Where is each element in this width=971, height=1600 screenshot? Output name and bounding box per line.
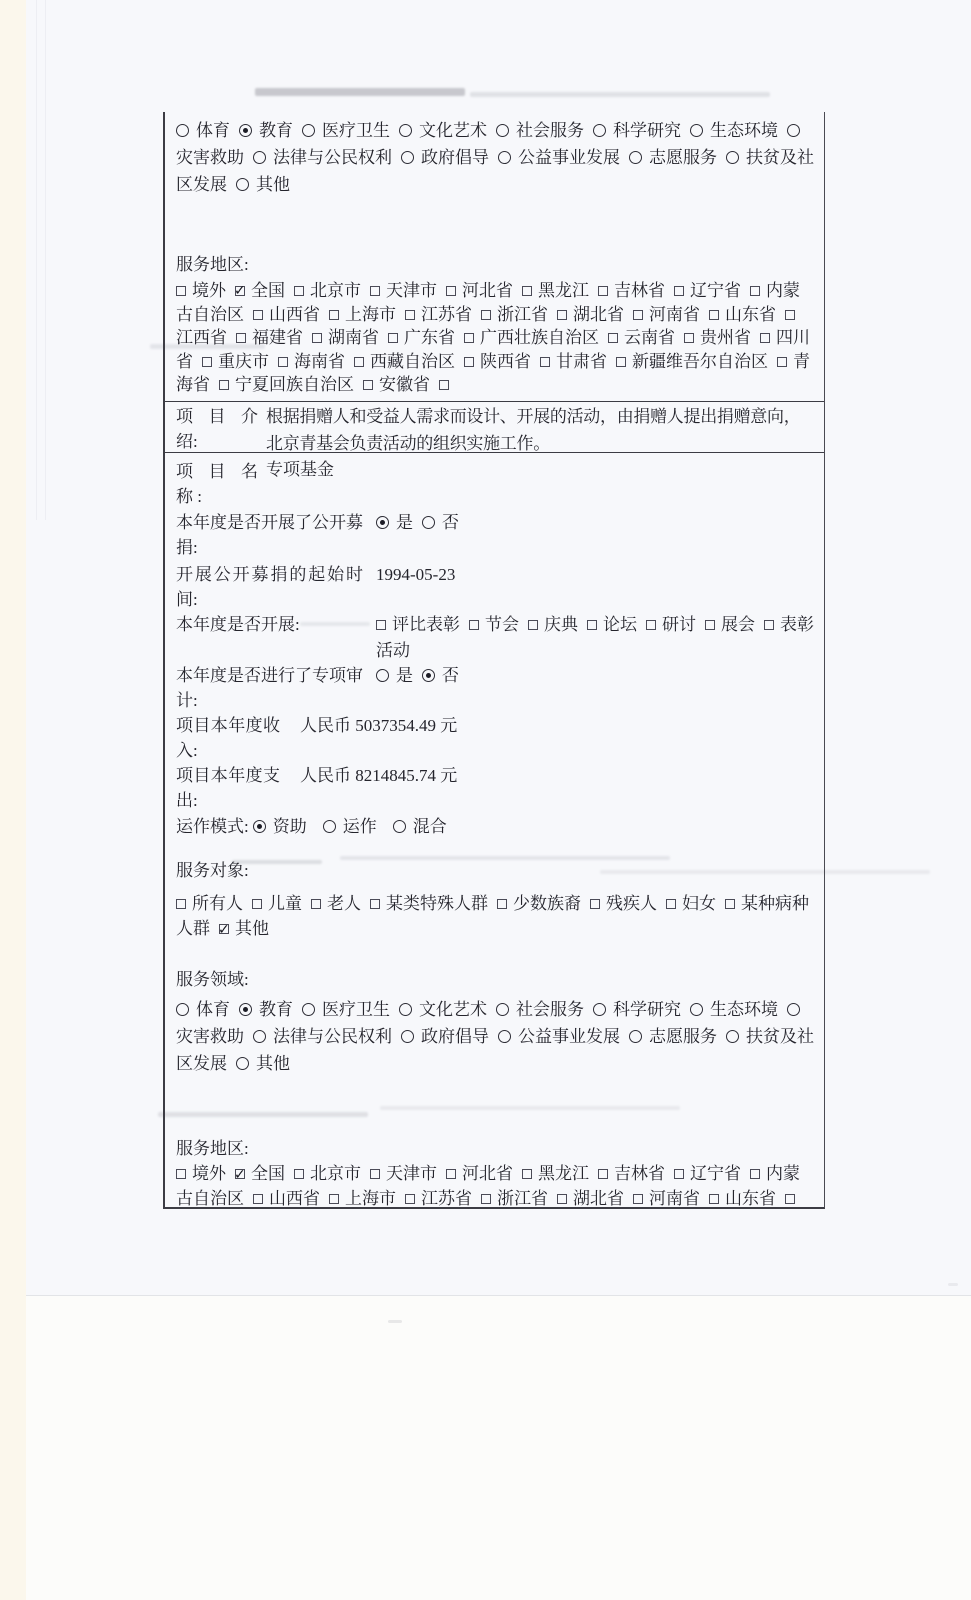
option-label: 湖南省 [328, 328, 379, 347]
option-label: 其他 [235, 919, 269, 938]
option-label: 贵州省 [700, 328, 751, 347]
checkbox-icon [202, 357, 212, 367]
checkbox-icon [522, 1169, 532, 1179]
checkbox-option-重庆市: 重庆市 [202, 352, 269, 371]
option-label: 否 [442, 513, 459, 532]
option-label: 政府倡导 [421, 148, 489, 167]
block-service-field: 服务领域: 体育教育医疗卫生文化艺术社会服务科学研究生态环境灾害救助法律与公民权… [176, 968, 816, 1077]
radio-icon [726, 1030, 739, 1043]
checkbox-option-江苏省: 江苏省 [405, 305, 472, 324]
radio-option-否: 否 [422, 666, 459, 685]
checkbox-icon [646, 620, 656, 630]
label-line: 称 : [176, 484, 258, 509]
checkbox-icon [587, 620, 597, 630]
checkbox-option-辽宁省: 辽宁省 [674, 1164, 741, 1183]
option-label: 文化艺术 [419, 121, 487, 140]
radio-option-社会服务: 社会服务 [496, 121, 584, 140]
radio-option-否: 否 [422, 513, 459, 532]
checkbox-option-吉林省: 吉林省 [598, 281, 665, 300]
checkbox-icon [405, 310, 415, 320]
checkbox-icon [705, 620, 715, 630]
radio-icon [393, 820, 406, 833]
option-label: 江苏省 [421, 305, 472, 324]
checkbox-option-全国: 全国 [235, 281, 285, 300]
checkbox-option-河南省: 河南省 [633, 305, 700, 324]
radio-icon [376, 669, 389, 682]
row-events-held: 本年度是否开展: 评比表彰节会庆典论坛研讨展会表彰活动 [176, 612, 816, 664]
option-label: 体育 [196, 1000, 230, 1019]
radio-icon [302, 124, 315, 137]
option-label: 法律与公民权利 [273, 148, 392, 167]
radio-option-是: 是 [376, 513, 413, 532]
fundraising-start-value: 1994-05-23 [376, 562, 455, 587]
option-label: 评比表彰 [392, 615, 460, 634]
radio-option-生态环境: 生态环境 [690, 121, 778, 140]
service-field-label: 服务领域: [176, 968, 816, 992]
option-label: 志愿服务 [649, 148, 717, 167]
radio-option-志愿服务: 志愿服务 [629, 148, 717, 167]
checkbox-icon [405, 1194, 415, 1204]
paper-fold-line [45, 0, 46, 520]
annual-expense-label: 项目本年度支 出: [176, 763, 280, 813]
radio-icon [690, 124, 703, 137]
label-line: 入: [176, 738, 280, 763]
option-label: 展会 [721, 615, 755, 634]
checkbox-icon [446, 286, 456, 296]
checkbox-option-境外: 境外 [176, 281, 226, 300]
label-line: 项目本年度收 [176, 713, 280, 738]
option-label: 庆典 [544, 615, 578, 634]
option-label: 辽宁省 [690, 1164, 741, 1183]
radio-selected-icon [239, 1003, 252, 1016]
option-label: 文化艺术 [419, 1000, 487, 1019]
label-line: 间: [176, 587, 363, 612]
checkbox-icon [608, 333, 618, 343]
radio-icon [253, 151, 266, 164]
checkbox-option-广西壮族自治区: 广西壮族自治区 [464, 328, 599, 347]
checkbox-option-上海市: 上海市 [329, 305, 396, 324]
checkbox-option-海南省: 海南省 [278, 352, 345, 371]
radio-icon [399, 124, 412, 137]
radio-icon [496, 124, 509, 137]
option-label: 社会服务 [516, 121, 584, 140]
radio-option-社会服务: 社会服务 [496, 1000, 584, 1019]
checkbox-icon [598, 1169, 608, 1179]
checkbox-icon [311, 899, 321, 909]
radio-icon [629, 151, 642, 164]
checkbox-icon [481, 310, 491, 320]
radio-option-医疗卫生: 医疗卫生 [302, 121, 390, 140]
checkbox-option-研讨: 研讨 [646, 615, 696, 634]
checkbox-icon [750, 1169, 760, 1179]
radio-icon [302, 1003, 315, 1016]
checkbox-checked-icon [235, 1169, 245, 1179]
option-label: 江苏省 [421, 1189, 472, 1207]
radio-option-法律与公民权利: 法律与公民权利 [253, 148, 392, 167]
option-label: 河南省 [649, 305, 700, 324]
option-label: 广西壮族自治区 [480, 328, 599, 347]
radio-option-混合: 混合 [393, 817, 447, 836]
option-label: 所有人 [192, 894, 243, 913]
option-label: 运作 [343, 817, 377, 836]
option-label: 公益事业发展 [518, 1027, 620, 1046]
scan-backing [26, 1295, 971, 1600]
checkbox-icon [785, 1194, 795, 1204]
radio-icon [629, 1030, 642, 1043]
radio-selected-icon [239, 124, 252, 137]
checkbox-option-广东省: 广东省 [388, 328, 455, 347]
project-intro-text: 根据捐赠人和受益人需求而设计、开展的活动，由捐赠人提出捐赠意向，北京青基会负责活… [266, 402, 816, 453]
label-line: 项目介 [176, 404, 258, 429]
radio-icon [253, 1030, 266, 1043]
option-label: 老人 [327, 894, 361, 913]
checkbox-icon [557, 310, 567, 320]
checkbox-option-老人: 老人 [311, 894, 361, 913]
checkbox-option-河北省: 河北省 [446, 281, 513, 300]
form-table: 体育教育医疗卫生文化艺术社会服务科学研究生态环境灾害救助法律与公民权利政府倡导公… [163, 112, 825, 1209]
option-label: 科学研究 [613, 121, 681, 140]
option-label: 境外 [192, 1164, 226, 1183]
annual-income-value: 人民币 5037354.49 元 [300, 713, 457, 738]
scan-edge-strip [0, 0, 26, 1600]
option-label: 海南省 [294, 352, 345, 371]
checkbox-option-山东省: 山东省 [709, 1189, 776, 1207]
radio-icon [401, 151, 414, 164]
option-label: 上海市 [345, 1189, 396, 1207]
checkbox-icon [497, 899, 507, 909]
project-intro-label: 项目介 绍: [176, 402, 258, 453]
checkbox-option-河北省: 河北省 [446, 1164, 513, 1183]
option-label: 吉林省 [614, 281, 665, 300]
checkbox-option-境外: 境外 [176, 1164, 226, 1183]
radio-option-公益事业发展: 公益事业发展 [498, 148, 620, 167]
block-service-target: 服务对象: 所有人儿童老人某类特殊人群少数族裔残疾人妇女某种病种人群其他 [176, 859, 816, 941]
checkbox-icon [709, 310, 719, 320]
checkbox-icon [633, 310, 643, 320]
option-label: 法律与公民权利 [273, 1027, 392, 1046]
option-label: 妇女 [682, 894, 716, 913]
checkbox-icon [464, 333, 474, 343]
special-audit-options: 是否 [376, 663, 459, 688]
checkbox-option-论坛: 论坛 [587, 615, 637, 634]
option-label: 西藏自治区 [370, 352, 455, 371]
radio-icon [236, 178, 249, 191]
service-target-label: 服务对象: [176, 859, 816, 883]
radio-option-文化艺术: 文化艺术 [399, 1000, 487, 1019]
row-project-name: 项目名 称 : 专项基金 [176, 457, 816, 509]
row-fundraising-start: 开展公开募捐的起始时 间: 1994-05-23 [176, 562, 816, 612]
option-label: 资助 [273, 817, 307, 836]
label-line: 出: [176, 788, 280, 813]
option-label: 天津市 [386, 281, 437, 300]
service-region-label: 服务地区: [176, 253, 816, 277]
checkbox-icon [709, 1194, 719, 1204]
radio-option-医疗卫生: 医疗卫生 [302, 1000, 390, 1019]
option-label: 甘肃省 [556, 352, 607, 371]
checkbox-option-云南省: 云南省 [608, 328, 675, 347]
checkbox-icon [557, 1194, 567, 1204]
option-label: 生态环境 [710, 1000, 778, 1019]
row-annual-income: 项目本年度收 入: 人民币 5037354.49 元 [176, 713, 816, 763]
checkbox-icon [312, 333, 322, 343]
option-label: 体育 [196, 121, 230, 140]
radio-icon [496, 1003, 509, 1016]
checkbox-icon [725, 899, 735, 909]
checkbox-option-浙江省: 浙江省 [481, 305, 548, 324]
option-label: 浙江省 [497, 1189, 548, 1207]
checkbox-option-黑龙江: 黑龙江 [522, 281, 589, 300]
radio-option-体育: 体育 [176, 1000, 230, 1019]
checkbox-icon [750, 286, 760, 296]
checkbox-option-吉林省: 吉林省 [598, 1164, 665, 1183]
radio-option-教育: 教育 [239, 1000, 293, 1019]
checkbox-option-所有人: 所有人 [176, 894, 243, 913]
radio-option-政府倡导: 政府倡导 [401, 148, 489, 167]
option-label: 某类特殊人群 [386, 894, 488, 913]
checkbox-icon [354, 357, 364, 367]
radio-icon [498, 151, 511, 164]
checkbox-option-其他: 其他 [219, 919, 269, 938]
radio-icon [176, 1003, 189, 1016]
checkbox-option-山西省: 山西省 [253, 305, 320, 324]
label-line: 计: [176, 688, 363, 713]
radio-icon [690, 1003, 703, 1016]
radio-option-公益事业发展: 公益事业发展 [498, 1027, 620, 1046]
checkbox-option-江苏省: 江苏省 [405, 1189, 472, 1207]
checkbox-icon [684, 333, 694, 343]
checkbox-icon [370, 899, 380, 909]
option-label: 医疗卫生 [322, 121, 390, 140]
checkbox-option-节会: 节会 [469, 615, 519, 634]
option-label: 其他 [256, 175, 290, 194]
checkbox-icon [522, 286, 532, 296]
option-label: 广东省 [404, 328, 455, 347]
checkbox-option-儿童: 儿童 [252, 894, 302, 913]
checkbox-icon [446, 1169, 456, 1179]
radio-icon [399, 1003, 412, 1016]
option-label: 吉林省 [614, 1164, 665, 1183]
checkbox-option-庆典: 庆典 [528, 615, 578, 634]
checkbox-icon [176, 899, 186, 909]
option-label: 科学研究 [613, 1000, 681, 1019]
checkbox-option-辽宁省: 辽宁省 [674, 281, 741, 300]
radio-option-其他: 其他 [236, 1054, 290, 1073]
option-label: 北京市 [310, 281, 361, 300]
option-label: 混合 [413, 817, 447, 836]
public-fundraising-options: 是否 [376, 510, 459, 535]
checkbox-option-湖北省: 湖北省 [557, 305, 624, 324]
option-label: 生态环境 [710, 121, 778, 140]
radio-option-志愿服务: 志愿服务 [629, 1027, 717, 1046]
checkbox-icon [590, 899, 600, 909]
option-label: 山西省 [269, 305, 320, 324]
option-label: 节会 [485, 615, 519, 634]
radio-icon [593, 124, 606, 137]
block-service-region: 服务地区: 境外全国北京市天津市河北省黑龙江吉林省辽宁省内蒙古自治区山西省上海市… [176, 1137, 816, 1207]
radio-icon [498, 1030, 511, 1043]
checkbox-icon [469, 620, 479, 630]
checkbox-option-贵州省: 贵州省 [684, 328, 751, 347]
option-label: 浙江省 [497, 305, 548, 324]
radio-option-法律与公民权利: 法律与公民权利 [253, 1027, 392, 1046]
radio-option-体育: 体育 [176, 121, 230, 140]
option-label: 河北省 [462, 281, 513, 300]
checkbox-icon [363, 380, 373, 390]
option-label: 全国 [251, 281, 285, 300]
radio-icon [726, 151, 739, 164]
option-label: 上海市 [345, 305, 396, 324]
checkbox-icon [464, 357, 474, 367]
option-label: 政府倡导 [421, 1027, 489, 1046]
option-label: 新疆维吾尔自治区 [632, 352, 768, 371]
checkbox-option-展会: 展会 [705, 615, 755, 634]
option-label: 残疾人 [606, 894, 657, 913]
row-special-audit: 本年度是否进行了专项审 计: 是否 [176, 663, 816, 713]
operation-mode-label: 运作模式: [176, 814, 249, 840]
option-label: 否 [442, 666, 459, 685]
radio-option-其他: 其他 [236, 175, 290, 194]
option-label: 湖北省 [573, 305, 624, 324]
checkbox-icon [253, 1194, 263, 1204]
option-label: 研讨 [662, 615, 696, 634]
checkbox-icon [674, 286, 684, 296]
checkbox-option-甘肃省: 甘肃省 [540, 352, 607, 371]
checkbox-icon [439, 380, 449, 390]
fundraising-start-label: 开展公开募捐的起始时 间: [176, 562, 363, 612]
service-region-options-continued: 境外全国北京市天津市河北省黑龙江吉林省辽宁省内蒙古自治区山西省上海市江苏省浙江省… [176, 279, 816, 397]
label-line: 本年度是否开展了公开募 [176, 510, 363, 535]
radio-option-科学研究: 科学研究 [593, 1000, 681, 1019]
option-label: 天津市 [386, 1164, 437, 1183]
checkbox-icon [760, 333, 770, 343]
checkbox-option-湖南省: 湖南省 [312, 328, 379, 347]
radio-icon [236, 1057, 249, 1070]
checkbox-icon [253, 310, 263, 320]
checkbox-icon [598, 286, 608, 296]
radio-option-政府倡导: 政府倡导 [401, 1027, 489, 1046]
option-label: 山东省 [725, 1189, 776, 1207]
option-label: 北京市 [310, 1164, 361, 1183]
radio-option-教育: 教育 [239, 121, 293, 140]
project-name-label: 项目名 称 : [176, 457, 258, 509]
checkbox-option-残疾人: 残疾人 [590, 894, 657, 913]
row-public-fundraising: 本年度是否开展了公开募 捐: 是否 [176, 510, 816, 560]
service-target-options: 所有人儿童老人某类特殊人群少数族裔残疾人妇女某种病种人群其他 [176, 891, 816, 941]
option-label: 宁夏回族自治区 [235, 375, 354, 394]
option-label: 山西省 [269, 1189, 320, 1207]
label-line: 绍: [176, 429, 258, 453]
label-line: 本年度是否进行了专项审 [176, 663, 363, 688]
checkbox-option-某类特殊人群: 某类特殊人群 [370, 894, 488, 913]
option-label: 少数族裔 [513, 894, 581, 913]
label-line: 项目名 [176, 459, 258, 484]
option-label: 山东省 [725, 305, 776, 324]
service-field-options: 体育教育医疗卫生文化艺术社会服务科学研究生态环境灾害救助法律与公民权利政府倡导公… [176, 996, 816, 1077]
project-name-value: 专项基金 [266, 457, 334, 482]
checkbox-icon [329, 1194, 339, 1204]
option-label: 全国 [251, 1164, 285, 1183]
option-label: 公益事业发展 [518, 148, 620, 167]
option-label: 境外 [192, 281, 226, 300]
radio-icon [787, 1003, 800, 1016]
option-label: 医疗卫生 [322, 1000, 390, 1019]
checkbox-icon [764, 620, 774, 630]
label-line: 捐: [176, 535, 363, 560]
checkbox-icon [528, 620, 538, 630]
service-field-options-continued: 体育教育医疗卫生文化艺术社会服务科学研究生态环境灾害救助法律与公民权利政府倡导公… [176, 117, 816, 198]
radio-option-资助: 资助 [253, 817, 307, 836]
checkbox-icon [252, 899, 262, 909]
checkbox-option-安徽省: 安徽省 [363, 375, 430, 394]
radio-option-文化艺术: 文化艺术 [399, 121, 487, 140]
checkbox-option-上海市: 上海市 [329, 1189, 396, 1207]
option-label: 安徽省 [379, 375, 430, 394]
checkbox-option-新疆维吾尔自治区: 新疆维吾尔自治区 [616, 352, 768, 371]
radio-icon [401, 1030, 414, 1043]
checkbox-icon [616, 357, 626, 367]
public-fundraising-label: 本年度是否开展了公开募 捐: [176, 510, 363, 560]
paper-fold-line [36, 0, 37, 520]
row-project-intro: 项目介 绍: 根据捐赠人和受益人需求而设计、开展的活动，由捐赠人提出捐赠意向，北… [165, 402, 824, 453]
option-label: 重庆市 [218, 352, 269, 371]
checkbox-option-湖北省: 湖北省 [557, 1189, 624, 1207]
checkbox-option-blank [439, 375, 455, 394]
option-label: 河南省 [649, 1189, 700, 1207]
option-label: 论坛 [603, 615, 637, 634]
radio-icon [176, 124, 189, 137]
checkbox-option-少数族裔: 少数族裔 [497, 894, 581, 913]
checkbox-option-山东省: 山东省 [709, 305, 776, 324]
radio-option-是: 是 [376, 666, 413, 685]
option-label: 云南省 [624, 328, 675, 347]
checkbox-option-陕西省: 陕西省 [464, 352, 531, 371]
events-held-label: 本年度是否开展: [176, 612, 363, 638]
special-audit-label: 本年度是否进行了专项审 计: [176, 663, 363, 713]
option-label: 教育 [259, 1000, 293, 1019]
checkbox-icon [666, 899, 676, 909]
checkbox-icon [294, 286, 304, 296]
label-line: 开展公开募捐的起始时 [176, 562, 363, 587]
checkbox-icon [777, 357, 787, 367]
option-label: 河北省 [462, 1164, 513, 1183]
row-operation-mode: 运作模式: 资助运作混合 [176, 814, 816, 840]
label-line: 项目本年度支 [176, 763, 280, 788]
checkbox-icon [370, 286, 380, 296]
checkbox-icon [278, 357, 288, 367]
checkbox-option-河南省: 河南省 [633, 1189, 700, 1207]
checkbox-icon [785, 310, 795, 320]
radio-selected-icon [376, 516, 389, 529]
checkbox-option-天津市: 天津市 [370, 281, 437, 300]
option-label: 福建省 [252, 328, 303, 347]
radio-icon [323, 820, 336, 833]
option-label: 灾害救助 [176, 1027, 244, 1046]
checkbox-checked-icon [235, 286, 245, 296]
option-label: 教育 [259, 121, 293, 140]
radio-icon [422, 516, 435, 529]
radio-option-生态环境: 生态环境 [690, 1000, 778, 1019]
checkbox-icon [176, 286, 186, 296]
checkbox-option-评比表彰: 评比表彰 [376, 615, 460, 634]
checkbox-icon [674, 1169, 684, 1179]
section-continued: 体育教育医疗卫生文化艺术社会服务科学研究生态环境灾害救助法律与公民权利政府倡导公… [165, 112, 824, 402]
checkbox-option-宁夏回族自治区: 宁夏回族自治区 [219, 375, 354, 394]
option-label: 陕西省 [480, 352, 531, 371]
checkbox-option-浙江省: 浙江省 [481, 1189, 548, 1207]
checkbox-icon [540, 357, 550, 367]
checkbox-option-天津市: 天津市 [370, 1164, 437, 1183]
checkbox-option-黑龙江: 黑龙江 [522, 1164, 589, 1183]
